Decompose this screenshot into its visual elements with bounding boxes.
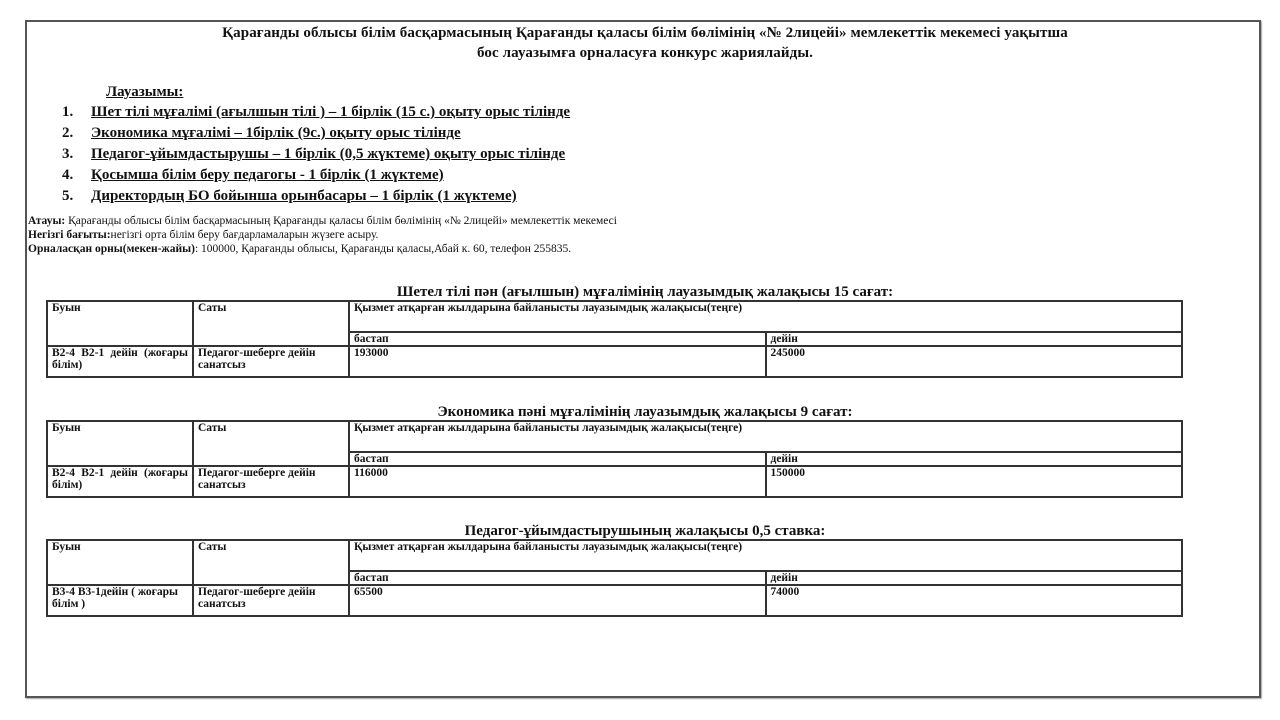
col-header-from: бастап <box>349 332 766 346</box>
position-item: 2.Экономика мұғалімі – 1бірлік (9с.) оқы… <box>62 123 570 144</box>
cell-to: 150000 <box>766 466 1183 497</box>
col-header-level: Саты <box>193 421 349 466</box>
col-header-salary: Қызмет атқарған жылдарына байланысты лау… <box>349 421 1182 452</box>
position-number: 4. <box>62 165 91 186</box>
table-row: В2-4 В2-1 дейін (жоғары білім) Педагог-ш… <box>47 346 1182 377</box>
position-number: 2. <box>62 123 91 144</box>
positions-list: 1.Шет тілі мұғалімі (ағылшын тілі ) – 1 … <box>62 102 570 207</box>
col-header-level: Саты <box>193 301 349 346</box>
info-direction-label: Негізгі бағыты: <box>28 229 111 241</box>
salary-table-title: Экономика пәні мұғалімінің лауазымдық жа… <box>0 404 1280 420</box>
salary-table-title: Шетел тілі пән (ағылшын) мұғалімінің лау… <box>0 284 1280 300</box>
cell-from: 193000 <box>349 346 766 377</box>
info-name-label: Атауы: <box>28 215 65 227</box>
position-number: 5. <box>62 186 91 207</box>
position-number: 1. <box>62 102 91 123</box>
col-header-salary: Қызмет атқарған жылдарына байланысты лау… <box>349 301 1182 332</box>
cell-grade: В2-4 В2-1 дейін (жоғары білім) <box>47 346 193 377</box>
title-line-1: Қарағанды облысы білім басқармасының Қар… <box>30 23 1260 43</box>
col-header-to: дейін <box>766 571 1183 585</box>
info-direction-value: негізгі орта білім беру бағдарламаларын … <box>111 229 379 241</box>
position-text: Шет тілі мұғалімі (ағылшын тілі ) – 1 бі… <box>91 104 570 120</box>
salary-table-english: Буын Саты Қызмет атқарған жылдарына байл… <box>46 300 1183 378</box>
salary-table-organizer: Буын Саты Қызмет атқарған жылдарына байл… <box>46 539 1183 617</box>
col-header-from: бастап <box>349 571 766 585</box>
col-header-grade: Буын <box>47 540 193 585</box>
announcement-title: Қарағанды облысы білім басқармасының Қар… <box>30 23 1260 63</box>
position-text: Экономика мұғалімі – 1бірлік (9с.) оқыту… <box>91 125 461 141</box>
info-direction: Негізгі бағыты:негізгі орта білім беру б… <box>28 228 617 242</box>
cell-level: Педагог-шеберге дейін санатсыз <box>193 346 349 377</box>
col-header-grade: Буын <box>47 301 193 346</box>
col-header-salary: Қызмет атқарған жылдарына байланысты лау… <box>349 540 1182 571</box>
table-row: В2-4 В2-1 дейін (жоғары білім) Педагог-ш… <box>47 466 1182 497</box>
cell-from: 65500 <box>349 585 766 616</box>
col-header-from: бастап <box>349 452 766 466</box>
info-address-value: : 100000, Қарағанды облысы, Қарағанды қа… <box>195 243 571 255</box>
position-item: 3.Педагог-ұйымдастырушы – 1 бірлік (0,5 … <box>62 144 570 165</box>
position-text: Педагог-ұйымдастырушы – 1 бірлік (0,5 жү… <box>91 146 565 162</box>
info-address: Орналасқан орны(мекен-жайы): 100000, Қар… <box>28 242 617 256</box>
position-text: Қосымша білім беру педагогы - 1 бірлік (… <box>91 167 444 183</box>
cell-level: Педагог-шеберге дейін санатсыз <box>193 585 349 616</box>
position-item: 5.Директордың БО бойынша орынбасары – 1 … <box>62 186 570 207</box>
cell-to: 245000 <box>766 346 1183 377</box>
salary-table-title: Педагог-ұйымдастырушының жалақысы 0,5 ст… <box>0 523 1280 539</box>
cell-to: 74000 <box>766 585 1183 616</box>
info-address-label: Орналасқан орны(мекен-жайы) <box>28 243 195 255</box>
position-item: 4.Қосымша білім беру педагогы - 1 бірлік… <box>62 165 570 186</box>
table-row: В3-4 В3-1дейін ( жоғары білім ) Педагог-… <box>47 585 1182 616</box>
institution-info: Атауы: Қарағанды облысы білім басқармасы… <box>28 214 617 256</box>
cell-grade: В2-4 В2-1 дейін (жоғары білім) <box>47 466 193 497</box>
position-item: 1.Шет тілі мұғалімі (ағылшын тілі ) – 1 … <box>62 102 570 123</box>
cell-level: Педагог-шеберге дейін санатсыз <box>193 466 349 497</box>
positions-heading: Лауазымы: <box>106 84 183 101</box>
info-name: Атауы: Қарағанды облысы білім басқармасы… <box>28 214 617 228</box>
col-header-to: дейін <box>766 452 1183 466</box>
col-header-to: дейін <box>766 332 1183 346</box>
cell-from: 116000 <box>349 466 766 497</box>
salary-table-economics: Буын Саты Қызмет атқарған жылдарына байл… <box>46 420 1183 498</box>
title-line-2: бос лауазымға орналасуға конкурс жарияла… <box>30 43 1260 63</box>
col-header-level: Саты <box>193 540 349 585</box>
cell-grade: В3-4 В3-1дейін ( жоғары білім ) <box>47 585 193 616</box>
position-text: Директордың БО бойынша орынбасары – 1 бі… <box>91 188 517 204</box>
position-number: 3. <box>62 144 91 165</box>
info-name-value: Қарағанды облысы білім басқармасының Қар… <box>65 215 617 227</box>
col-header-grade: Буын <box>47 421 193 466</box>
